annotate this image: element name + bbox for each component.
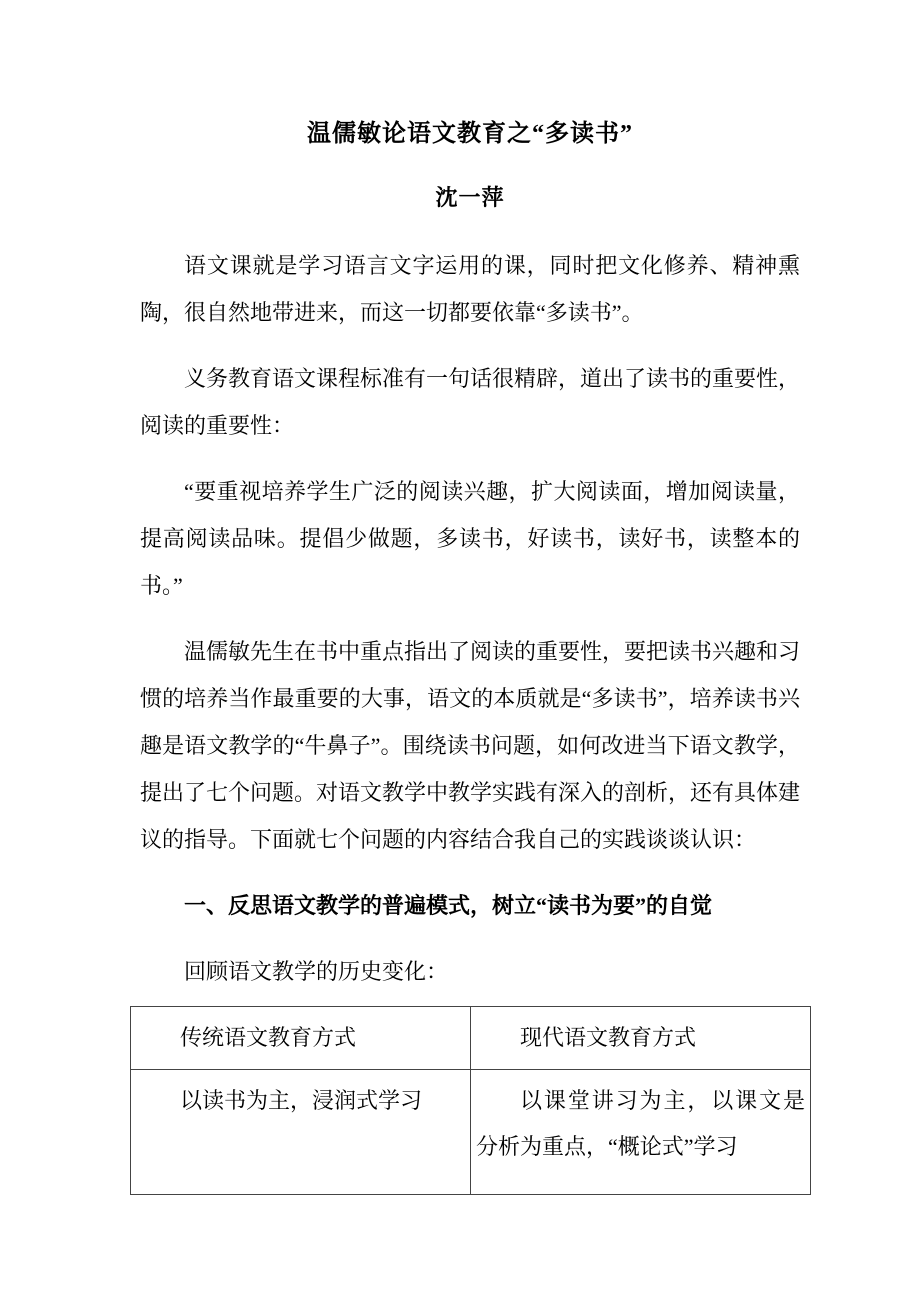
table-cell-traditional-method: 以读书为主，浸润式学习 <box>131 1070 471 1195</box>
table-header-cell-modern: 现代语文教育方式 <box>471 1007 811 1070</box>
table-row: 以读书为主，浸润式学习 以课堂讲习为主，以课文是分析为重点，“概论式”学习 <box>131 1070 811 1195</box>
body-paragraph-2: 义务教育语文课程标准有一句话很精辟，道出了读书的重要性，阅读的重要性： <box>140 355 800 449</box>
body-paragraph-3-quote: “要重视培养学生广泛的阅读兴趣，扩大阅读面，增加阅读量，提高阅读品味。提倡少做题… <box>140 468 800 609</box>
author-name: 沈一萍 <box>140 184 800 212</box>
body-paragraph-1: 语文课就是学习语言文字运用的课，同时把文化修养、精神熏陶，很自然地带进来，而这一… <box>140 242 800 336</box>
body-paragraph-4: 温儒敏先生在书中重点指出了阅读的重要性，要把读书兴趣和习惯的培养当作最重要的大事… <box>140 628 800 863</box>
section-heading: 一、反思语文教学的普遍模式，树立“读书为要”的自觉 <box>140 882 800 929</box>
document-content: 温儒敏论语文教育之“多读书” 沈一萍 语文课就是学习语言文字运用的课，同时把文化… <box>140 0 800 1195</box>
table-header-cell-traditional: 传统语文教育方式 <box>131 1007 471 1070</box>
body-text: 语文课就是学习语言文字运用的课，同时把文化修养、精神熏陶，很自然地带进来，而这一… <box>140 242 800 1195</box>
table-cell-modern-method: 以课堂讲习为主，以课文是分析为重点，“概论式”学习 <box>471 1070 811 1195</box>
comparison-table: 传统语文教育方式 现代语文教育方式 以读书为主，浸润式学习 以课堂讲习为主，以课… <box>130 1006 811 1195</box>
document-page: 温儒敏论语文教育之“多读书” 沈一萍 语文课就是学习语言文字运用的课，同时把文化… <box>0 0 920 1302</box>
table-header-row: 传统语文教育方式 现代语文教育方式 <box>131 1007 811 1070</box>
table-intro: 回顾语文教学的历史变化： <box>140 948 800 995</box>
page-title: 温儒敏论语文教育之“多读书” <box>140 120 800 148</box>
